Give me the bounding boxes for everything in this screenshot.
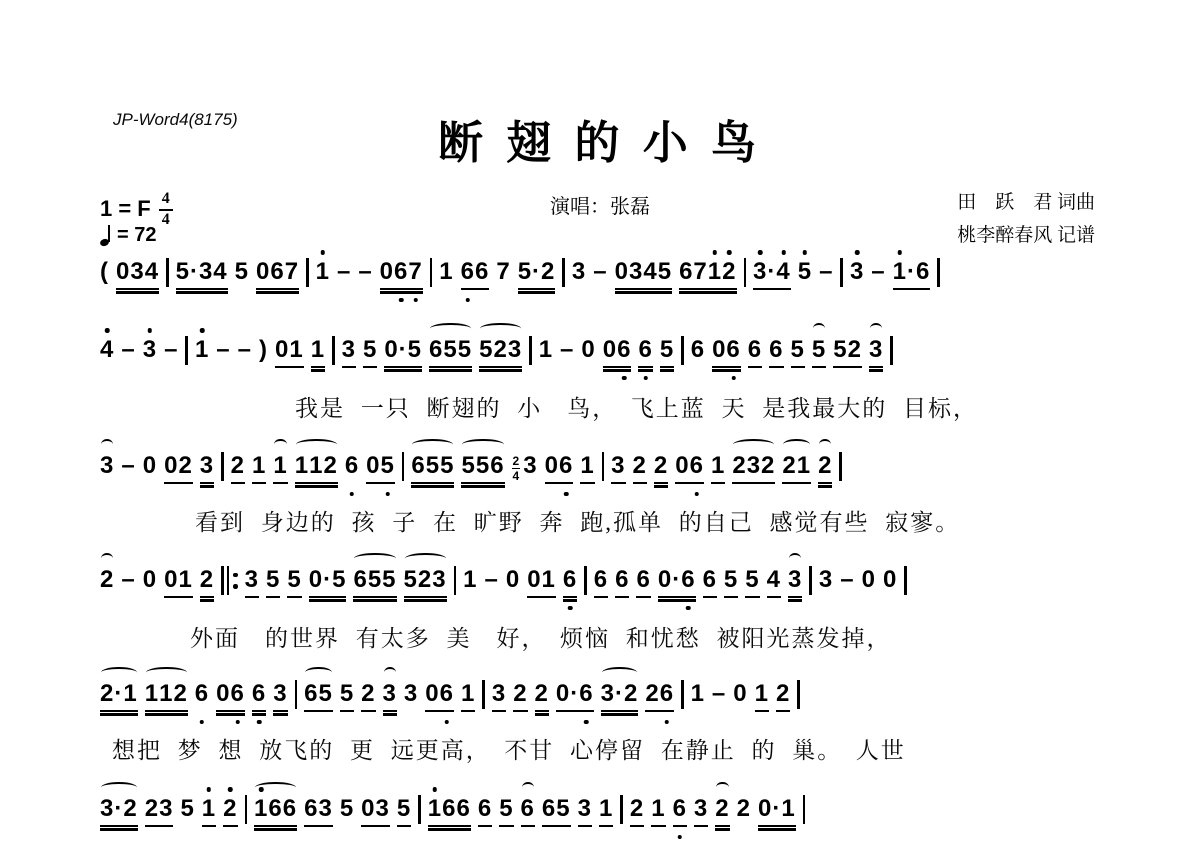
barline xyxy=(803,795,806,824)
note-token: 5 xyxy=(745,566,759,598)
note-token: 06 xyxy=(216,680,245,712)
note-token: 112 xyxy=(295,452,338,484)
barline xyxy=(430,258,433,287)
note-token: 3 xyxy=(245,566,259,598)
note-token: 0 xyxy=(733,680,747,708)
note-token: – xyxy=(871,258,885,286)
note-token: 0·5 xyxy=(309,566,347,598)
note-token: 2 xyxy=(361,680,375,712)
note-token: 1 xyxy=(316,258,330,286)
note-token: 2 xyxy=(737,795,751,823)
note-token: 6712 xyxy=(679,258,736,290)
note-token: 6 xyxy=(252,680,266,712)
barline xyxy=(221,452,224,481)
note-token: 5 xyxy=(798,258,812,286)
note-token: 1 xyxy=(755,680,769,712)
music-line: 3–0023211112605655556243061322061232212 xyxy=(100,452,842,490)
note-token: 3·2 xyxy=(601,680,639,712)
barline xyxy=(744,258,747,287)
note-token: 3 xyxy=(694,795,708,827)
note-token: 21 xyxy=(782,452,811,484)
note-token: 3 xyxy=(273,680,287,712)
note-token: 2·1 xyxy=(100,680,138,712)
note-token: 2 xyxy=(223,795,237,827)
note-token: 3 xyxy=(143,336,157,364)
note-token: 3·4 xyxy=(753,258,791,290)
barline xyxy=(620,795,623,824)
barline xyxy=(185,336,188,365)
note-token: 067 xyxy=(380,258,423,290)
note-token: 2 xyxy=(513,680,527,712)
note-token: – xyxy=(712,680,726,708)
note-token: 1 xyxy=(461,680,475,712)
note-token: – xyxy=(593,258,607,286)
note-token: 5 xyxy=(235,258,249,286)
barline xyxy=(840,258,843,287)
quarter-note-icon xyxy=(100,225,113,247)
note-token: 5·34 xyxy=(176,258,228,290)
tempo-value: = 72 xyxy=(117,224,156,247)
note-token: 1 xyxy=(580,452,594,484)
music-line: 4–3–1––)011350·56555231–006656066655523 xyxy=(100,336,893,368)
note-token: 1 xyxy=(599,795,613,827)
note-token: 1 xyxy=(311,336,325,368)
meter-denominator: 4 xyxy=(162,211,170,229)
note-token: 0·6 xyxy=(556,680,594,712)
note-token: 6 xyxy=(615,566,629,598)
note-token: 523 xyxy=(404,566,447,598)
note-token: 01 xyxy=(275,336,304,368)
note-token: – xyxy=(121,452,135,480)
barline xyxy=(681,680,684,709)
note-token: 3 xyxy=(572,258,586,286)
note-token: 2 xyxy=(535,680,549,712)
note-token: 5 xyxy=(266,566,280,598)
note-token: 1 xyxy=(711,452,725,484)
credits-block: 田 跃 君 词曲 桃李醉春风 记谱 xyxy=(957,186,1095,253)
note-token: 4 xyxy=(100,336,114,364)
note-token: 2 xyxy=(200,566,214,598)
note-token: 01 xyxy=(164,566,193,598)
note-token: 6 xyxy=(748,336,762,368)
note-token: 7 xyxy=(496,258,510,286)
note-token: 1 xyxy=(439,258,453,286)
barline xyxy=(809,566,812,595)
note-token: – xyxy=(238,336,252,364)
note-token: 5 xyxy=(660,336,674,368)
note-token: 3 xyxy=(200,452,214,484)
song-title: 断 翅 的 小 鸟 xyxy=(0,106,1200,171)
note-token: 6 xyxy=(636,566,650,598)
note-token: 3 xyxy=(100,452,114,480)
note-token: ( xyxy=(100,258,109,286)
note-token: 6 xyxy=(195,680,209,708)
note-token: – xyxy=(484,566,498,594)
note-token: 2 xyxy=(776,680,790,712)
tempo-marking: = 72 xyxy=(100,224,156,247)
note-token: 06 xyxy=(545,452,574,484)
note-token: 0·6 xyxy=(658,566,696,598)
barline xyxy=(937,258,940,287)
note-token: 1 xyxy=(539,336,553,364)
note-token: 6 xyxy=(345,452,359,480)
note-token: 6 xyxy=(478,795,492,827)
note-token: 5 xyxy=(812,336,826,368)
note-token: 5 xyxy=(340,680,354,712)
note-token: 556 xyxy=(461,452,504,484)
note-token: 05 xyxy=(366,452,395,484)
note-token: 1·6 xyxy=(893,258,931,290)
note-token: 0 xyxy=(862,566,876,594)
lyricist-credit: 田 跃 君 词曲 xyxy=(957,186,1095,219)
note-token: 655 xyxy=(411,452,454,484)
note-token: 232 xyxy=(732,452,775,484)
barline xyxy=(482,680,485,709)
note-token: 3 xyxy=(578,795,592,827)
note-token: 0 xyxy=(506,566,520,594)
note-token: 2 xyxy=(100,566,114,594)
note-token: 5 xyxy=(180,795,194,823)
note-token: – xyxy=(337,258,351,286)
note-token: 3 xyxy=(523,452,537,480)
note-token: 2 xyxy=(654,452,668,484)
note-token: 1 xyxy=(202,795,216,827)
sheet-music-page: JP-Word4(8175) 断 翅 的 小 鸟 演唱：张磊 田 跃 君 词曲 … xyxy=(0,0,1200,850)
barline xyxy=(562,258,565,287)
barline xyxy=(890,336,893,365)
barline xyxy=(602,452,605,481)
note-token: 3 xyxy=(342,336,356,368)
note-token: – xyxy=(121,566,135,594)
note-token: 1 xyxy=(463,566,477,594)
note-token: 0 xyxy=(143,566,157,594)
note-token: 2 xyxy=(818,452,832,484)
note-token: 3 xyxy=(492,680,506,712)
note-token: 0345 xyxy=(615,258,672,290)
note-token: – xyxy=(840,566,854,594)
note-token: 3 xyxy=(383,680,397,712)
barline xyxy=(681,336,684,365)
note-token: 523 xyxy=(479,336,522,368)
note-token: 6 xyxy=(673,795,687,827)
note-token: 112 xyxy=(145,680,188,712)
note-token: 166 xyxy=(254,795,297,827)
lyrics-line: 想把 梦 想 放飞的 更 远更高， 不甘 心停留 在静止 的 巢。 人世 xyxy=(112,732,906,765)
note-token: 01 xyxy=(527,566,556,598)
note-token: – xyxy=(358,258,372,286)
note-token: 1 xyxy=(252,452,266,484)
time-signature: 4 4 xyxy=(159,191,173,229)
note-token: 1 xyxy=(273,452,287,484)
barline xyxy=(295,680,298,709)
note-token: 2 xyxy=(633,452,647,484)
note-token: 6 xyxy=(769,336,783,368)
note-token: 6 xyxy=(594,566,608,598)
note-token: 6 xyxy=(563,566,577,598)
barline xyxy=(166,258,169,287)
note-token: – xyxy=(121,336,135,364)
note-token: 3 xyxy=(404,680,418,708)
note-token: 3 xyxy=(869,336,883,368)
note-token: 034 xyxy=(116,258,159,290)
barline xyxy=(402,452,405,481)
note-token: 655 xyxy=(353,566,396,598)
barline xyxy=(418,795,421,824)
note-token: 3 xyxy=(850,258,864,286)
music-line: 2·1112606636552330613220·63·2261–012 xyxy=(100,680,800,712)
lyrics-line: 外面 的世界 有太多 美 好， 烦恼 和忧愁 被阳光蒸发掉， xyxy=(190,620,892,653)
note-token: 26 xyxy=(645,680,674,712)
note-token: 5 xyxy=(397,795,411,827)
key-label: 1 = F xyxy=(100,196,151,222)
barline xyxy=(245,795,248,824)
note-token: 2 xyxy=(231,452,245,484)
note-token: 3 xyxy=(819,566,833,594)
barline xyxy=(332,336,335,365)
note-token: 067 xyxy=(256,258,299,290)
note-token: 06 xyxy=(425,680,454,712)
note-token: 06 xyxy=(675,452,704,484)
note-token: – xyxy=(560,336,574,364)
note-token: 0·1 xyxy=(758,795,796,827)
note-token: 6 xyxy=(703,566,717,598)
time-signature-change: 24 xyxy=(512,455,521,482)
transcriber-credit: 桃李醉春风 记谱 xyxy=(957,219,1095,252)
note-token: 52 xyxy=(833,336,862,368)
barline xyxy=(584,566,587,595)
note-token: 5 xyxy=(499,795,513,827)
barline xyxy=(454,566,457,595)
note-token: 5·2 xyxy=(518,258,556,290)
note-token: 3 xyxy=(788,566,802,598)
note-token: 6 xyxy=(521,795,535,827)
note-token: 166 xyxy=(428,795,471,827)
note-token: 23 xyxy=(145,795,174,827)
note-token: 0 xyxy=(883,566,897,594)
note-token: 0 xyxy=(143,452,157,480)
note-token: 02 xyxy=(164,452,193,484)
note-token: 0 xyxy=(581,336,595,364)
note-token: 3 xyxy=(611,452,625,484)
note-token: 66 xyxy=(461,258,490,290)
note-token: 3·2 xyxy=(100,795,138,827)
note-token: 655 xyxy=(429,336,472,368)
lyrics-line: 我是 一只 断翅的 小 鸟， 飞上蓝 天 是我最大的 目标， xyxy=(295,390,978,423)
music-line: (0345·3450671––06716675·23–034567123·45–… xyxy=(100,258,940,290)
note-token: 4 xyxy=(767,566,781,598)
note-token: 5 xyxy=(287,566,301,598)
note-token: 1 xyxy=(195,336,209,364)
barline xyxy=(797,680,800,709)
note-token: 5 xyxy=(363,336,377,368)
key-signature: 1 = F 4 4 xyxy=(100,190,173,228)
meter-numerator: 4 xyxy=(159,191,173,211)
barline xyxy=(839,452,842,481)
note-token: 6 xyxy=(691,336,705,364)
note-token: 5 xyxy=(724,566,738,598)
note-token: 1 xyxy=(651,795,665,827)
note-token: – xyxy=(164,336,178,364)
note-token: 6 xyxy=(638,336,652,368)
music-line: 2–00123550·56555231–00166660·6655433–00 xyxy=(100,566,907,598)
note-token: 06 xyxy=(603,336,632,368)
note-token: 5 xyxy=(791,336,805,368)
note-token: ) xyxy=(259,336,268,364)
note-token: – xyxy=(216,336,230,364)
note-token: 03 xyxy=(361,795,390,827)
note-token: 0·5 xyxy=(384,336,422,368)
note-token: 06 xyxy=(712,336,741,368)
note-token: 65 xyxy=(304,680,333,712)
note-token: 1 xyxy=(691,680,705,708)
note-token: 2 xyxy=(715,795,729,827)
note-token: 5 xyxy=(340,795,354,823)
note-token: – xyxy=(819,258,833,286)
repeat-sign xyxy=(221,566,238,595)
barline xyxy=(904,566,907,595)
note-token: 2 xyxy=(630,795,644,827)
lyrics-line: 看到 身边的 孩 子 在 旷野 奔 跑,孤单 的自己 感觉有些 寂寥。 xyxy=(195,504,960,537)
barline xyxy=(306,258,309,287)
barline xyxy=(529,336,532,365)
note-token: 63 xyxy=(304,795,333,827)
note-token: 65 xyxy=(542,795,571,827)
music-line: 3·22351216663503516665665312163220·1 xyxy=(100,795,805,827)
